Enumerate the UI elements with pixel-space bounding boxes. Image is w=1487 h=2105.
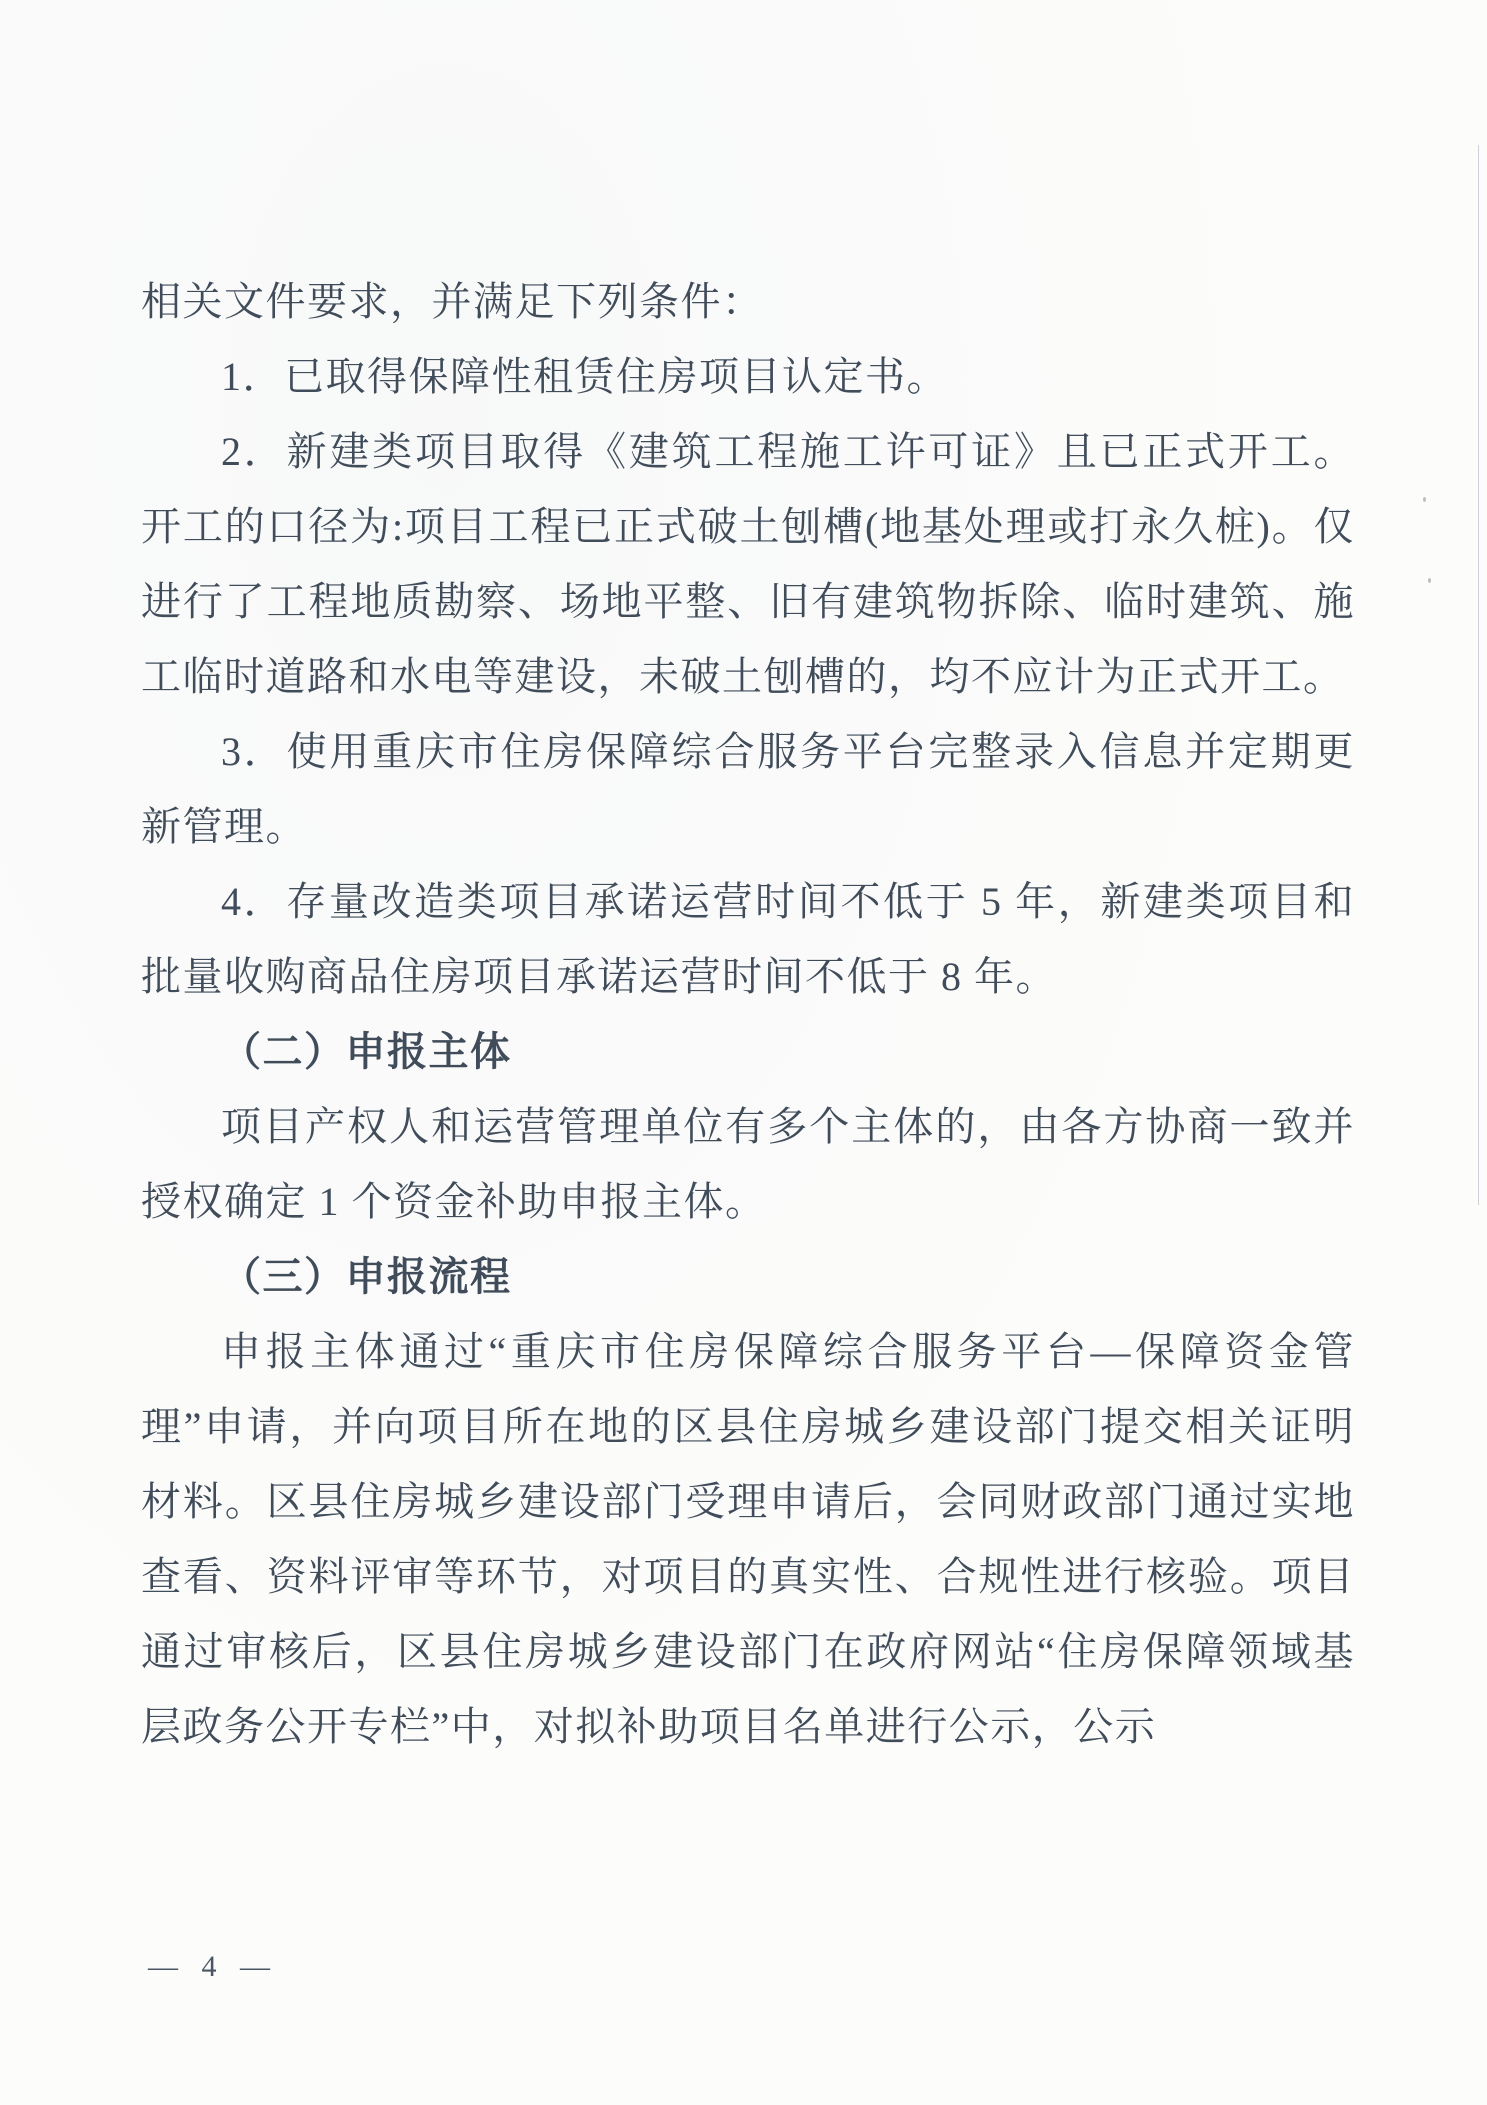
scan-artifact-speck [1428,578,1431,583]
document-body: 相关文件要求，并满足下列条件： 1．已取得保障性租赁住房项目认定书。 2．新建类… [141,264,1355,1764]
list-item-2: 2．新建类项目取得《建筑工程施工许可证》且已正式开工。开工的口径为:项目工程已正… [141,414,1355,714]
section-heading-2: （二）申报主体 [141,1014,1355,1089]
list-item-1: 1．已取得保障性租赁住房项目认定书。 [141,339,1355,414]
page-number: — 4 — [148,1950,278,1984]
list-item-3: 3．使用重庆市住房保障综合服务平台完整录入信息并定期更新管理。 [141,714,1355,864]
document-page: 相关文件要求，并满足下列条件： 1．已取得保障性租赁住房项目认定书。 2．新建类… [0,0,1487,2105]
paragraph-declaring-subject: 项目产权人和运营管理单位有多个主体的，由各方协商一致并授权确定 1 个资金补助申… [141,1089,1355,1239]
paragraph-application-process: 申报主体通过“重庆市住房保障综合服务平台—保障资金管理”申请，并向项目所在地的区… [141,1314,1355,1764]
scan-artifact-line [1478,145,1479,1205]
list-item-4: 4．存量改造类项目承诺运营时间不低于 5 年，新建类项目和批量收购商品住房项目承… [141,864,1355,1014]
scan-artifact-speck [1423,497,1426,502]
section-heading-3: （三）申报流程 [141,1239,1355,1314]
paragraph-continued: 相关文件要求，并满足下列条件： [141,264,1355,339]
